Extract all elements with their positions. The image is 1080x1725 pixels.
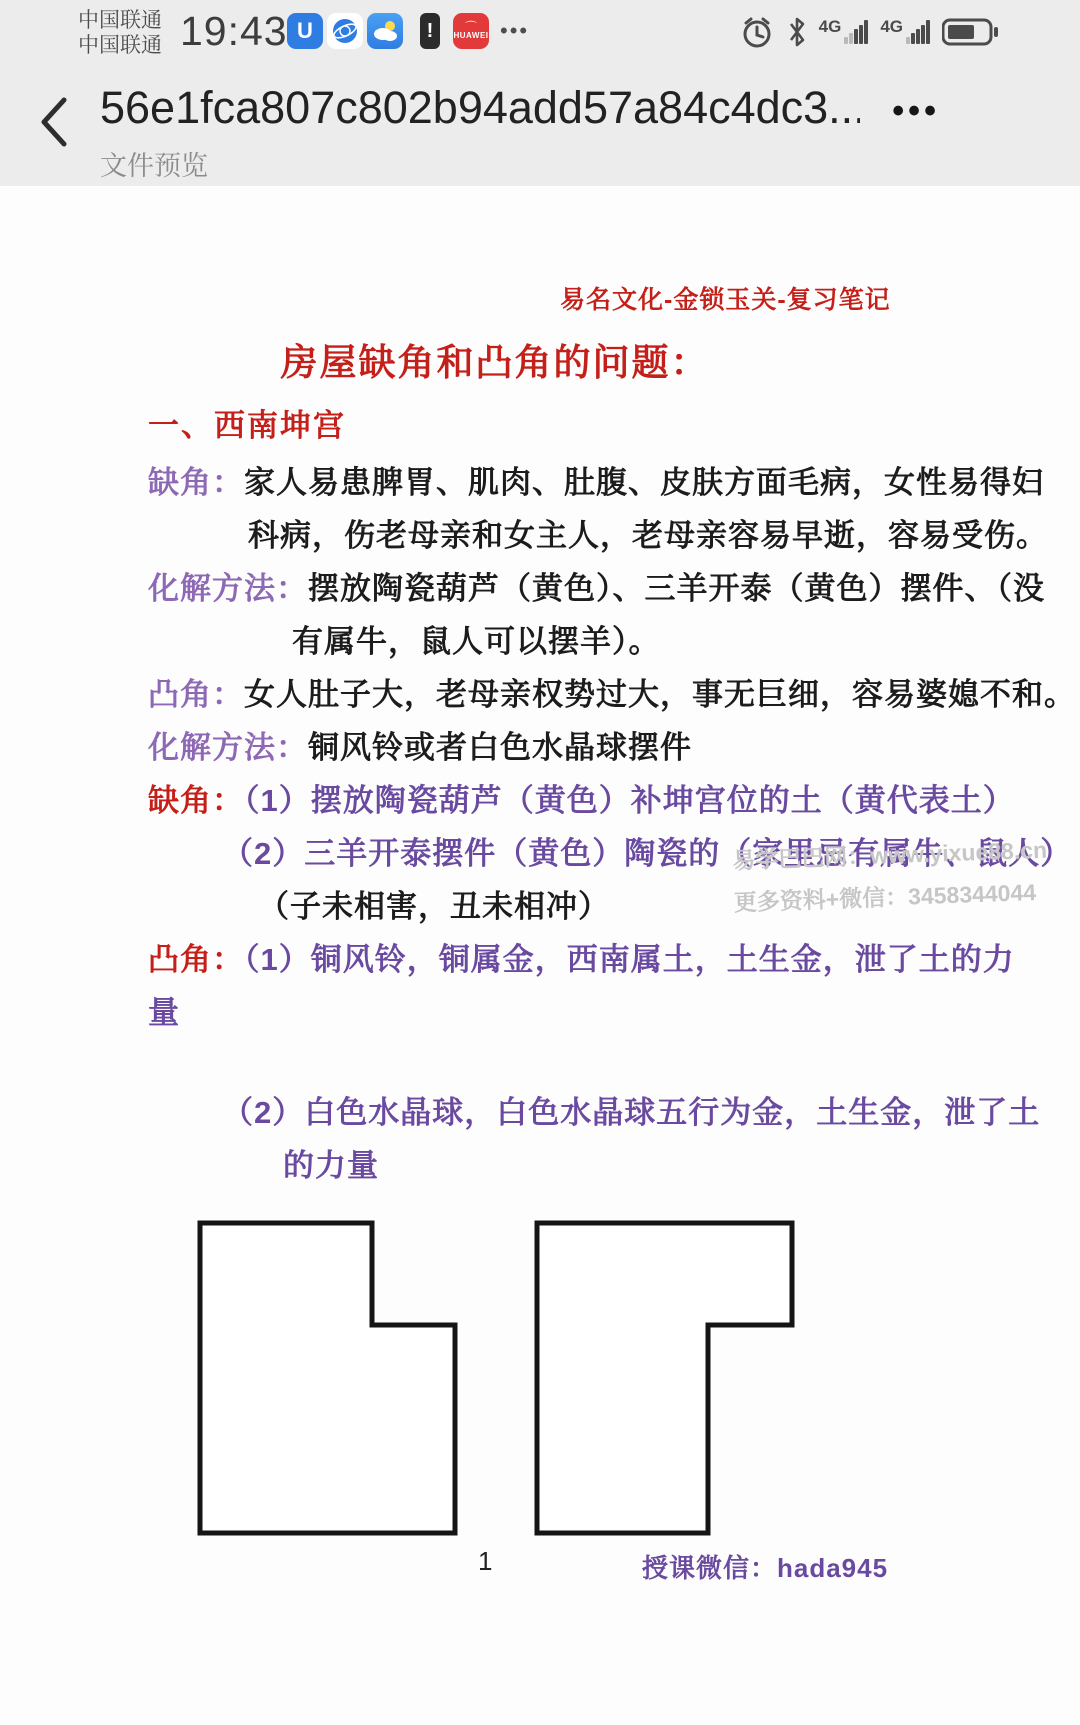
line-text: （子未相害，丑未相冲） <box>258 889 610 924</box>
doc-line: 有属牛，鼠人可以摆羊）。 <box>292 616 661 661</box>
status-right-icons: 4G 4G <box>739 12 1000 52</box>
file-title: 56e1fca807c802b94add57a84c4dc3... <box>100 82 860 134</box>
doc-line: 量 <box>148 987 180 1032</box>
line-label: 化解方法： <box>148 730 308 765</box>
doc-line: 化解方法：摆放陶瓷葫芦（黄色）、三羊开泰（黄色）摆件、（没 <box>148 563 1045 608</box>
line-text: 有属牛，鼠人可以摆羊）。 <box>292 624 661 659</box>
line-text: 女人肚子大，老母亲权势过大，事无巨细，容易婆媳不和。 <box>244 677 1076 712</box>
line-text: 科病，伤老母亲和女主人，老母亲容易早逝，容易受伤。 <box>248 518 1048 553</box>
battery-icon <box>942 17 1000 47</box>
huawei-app-icon: ⌒ HUAWEI <box>453 13 489 49</box>
doc-corner-note: 易名文化-金锁玉关-复习笔记 <box>560 280 891 316</box>
file-preview-label: 文件预览 <box>100 144 208 183</box>
signal-group-1: 4G <box>819 20 869 44</box>
line-text: 铜风铃或者白色水晶球摆件 <box>308 730 692 765</box>
network-type-label-2: 4G <box>880 20 903 34</box>
status-overflow-dots: ••• <box>500 18 529 44</box>
line-label: 缺角： <box>148 465 244 500</box>
line-text: 量 <box>148 995 180 1030</box>
network-type-label-1: 4G <box>819 20 842 34</box>
app-badge-glyph: U <box>297 18 313 44</box>
notification-app-icon: U <box>287 13 323 49</box>
exclamation-glyph: ! <box>427 20 434 43</box>
huawei-label: HUAWEI <box>454 31 489 40</box>
phone-screen: 中国联通 中国联通 19:43 U ! ⌒ HUAWEI ••• <box>0 0 1080 1725</box>
line-text: （1）摆放陶瓷葫芦（黄色）补坤宫位的土（黄代表土） <box>244 783 1015 818</box>
doc-line: 科病，伤老母亲和女主人，老母亲容易早逝，容易受伤。 <box>248 510 1048 555</box>
footer-wechat-contact: 授课微信：hada945 <box>642 1548 888 1585</box>
doc-section-heading: 一、西南坤宫 <box>148 400 346 445</box>
line-text: （2）白色水晶球，白色水晶球五行为金，土生金，泄了土 <box>222 1095 1040 1130</box>
browser-globe-icon <box>327 13 363 49</box>
line-text: （1）铜风铃，铜属金，西南属土，土生金，泄了土的力 <box>244 942 1015 977</box>
carrier-line-2: 中国联通 <box>78 33 162 58</box>
floor-plan-diagrams <box>150 1208 850 1548</box>
carrier-line-1: 中国联通 <box>78 8 162 33</box>
alarm-clock-icon <box>739 14 775 50</box>
signal-group-2: 4G <box>880 20 930 44</box>
site-watermark: 易学巴巴网：www.yixue88.cn 更多资料+微信：3458344044 <box>732 828 1055 923</box>
doc-line: 的力量 <box>283 1140 379 1185</box>
line-text: 摆放陶瓷葫芦（黄色）、三羊开泰（黄色）摆件、（没 <box>308 571 1045 606</box>
line-text: 的力量 <box>283 1148 379 1183</box>
top-chrome: 中国联通 中国联通 19:43 U ! ⌒ HUAWEI ••• <box>0 0 1080 186</box>
document-page: 易名文化-金锁玉关-复习笔记 房屋缺角和凸角的问题： 一、西南坤宫 缺角：家人易… <box>0 186 1080 1725</box>
line-label: 凸角： <box>148 942 244 977</box>
file-preview-header: 56e1fca807c802b94add57a84c4dc3... 文件预览 •… <box>0 62 1080 186</box>
line-label: 化解方法： <box>148 571 308 606</box>
carrier-label: 中国联通 中国联通 <box>78 8 162 58</box>
bluetooth-icon <box>787 15 807 49</box>
floor-plan-missing-corner <box>200 1223 455 1533</box>
status-time: 19:43 <box>180 8 288 55</box>
doc-line: 缺角：家人易患脾胃、肌肉、肚腹、皮肤方面毛病，女性易得妇 <box>148 457 1044 502</box>
doc-line: 缺角：（1）摆放陶瓷葫芦（黄色）补坤宫位的土（黄代表土） <box>148 775 1015 820</box>
page-number: 1 <box>478 1546 492 1577</box>
doc-line: 凸角：（1）铜风铃，铜属金，西南属土，土生金，泄了土的力 <box>148 934 1015 979</box>
battery-manager-icon: ! <box>420 13 440 49</box>
floor-plan-protruding-corner <box>537 1223 792 1533</box>
back-button[interactable] <box>34 92 78 152</box>
line-label: 凸角： <box>148 677 244 712</box>
more-menu-button[interactable]: ••• <box>892 92 940 131</box>
line-label: 缺角： <box>148 783 244 818</box>
doc-line: 凸角：女人肚子大，老母亲权势过大，事无巨细，容易婆媳不和。 <box>148 669 1076 714</box>
doc-line: （子未相害，丑未相冲） <box>258 881 610 926</box>
doc-title: 房屋缺角和凸角的问题： <box>0 332 990 386</box>
line-text: 家人易患脾胃、肌肉、肚腹、皮肤方面毛病，女性易得妇 <box>244 465 1044 500</box>
doc-line: 化解方法：铜风铃或者白色水晶球摆件 <box>148 722 692 767</box>
doc-line: （2）白色水晶球，白色水晶球五行为金，土生金，泄了土 <box>222 1087 1040 1132</box>
weather-icon <box>367 13 403 49</box>
back-chevron-icon <box>34 92 78 152</box>
huawei-petal-icon: ⌒ <box>465 23 477 31</box>
